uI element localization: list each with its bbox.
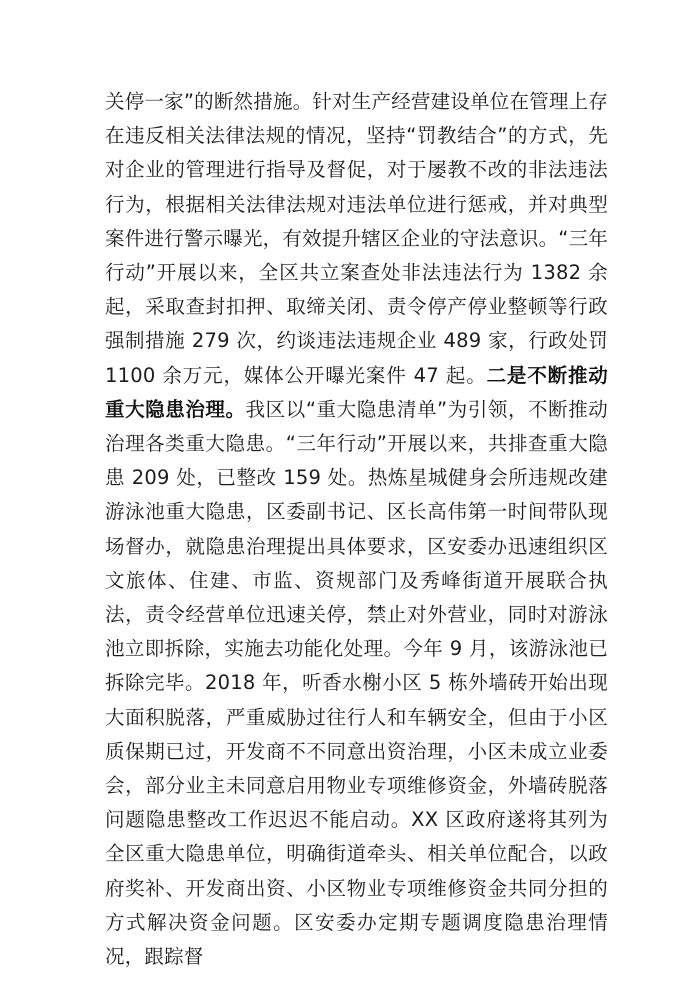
- document-page: 关停一家”的断然措施。针对生产经营建设单位在管理上存在违反相关法律法规的情况，坚…: [0, 0, 700, 990]
- paragraph-segment-before-heading: 关停一家”的断然措施。针对生产经营建设单位在管理上存在违反相关法律法规的情况，坚…: [105, 90, 608, 387]
- document-body: 关停一家”的断然措施。针对生产经营建设单位在管理上存在违反相关法律法规的情况，坚…: [105, 85, 608, 974]
- paragraph-segment-after-heading: 我区以“重大隐患清单”为引领，不断推动治理各类重大隐患。“三年行动”开展以来，共…: [105, 398, 608, 968]
- paragraph: 关停一家”的断然措施。针对生产经营建设单位在管理上存在违反相关法律法规的情况，坚…: [105, 85, 608, 974]
